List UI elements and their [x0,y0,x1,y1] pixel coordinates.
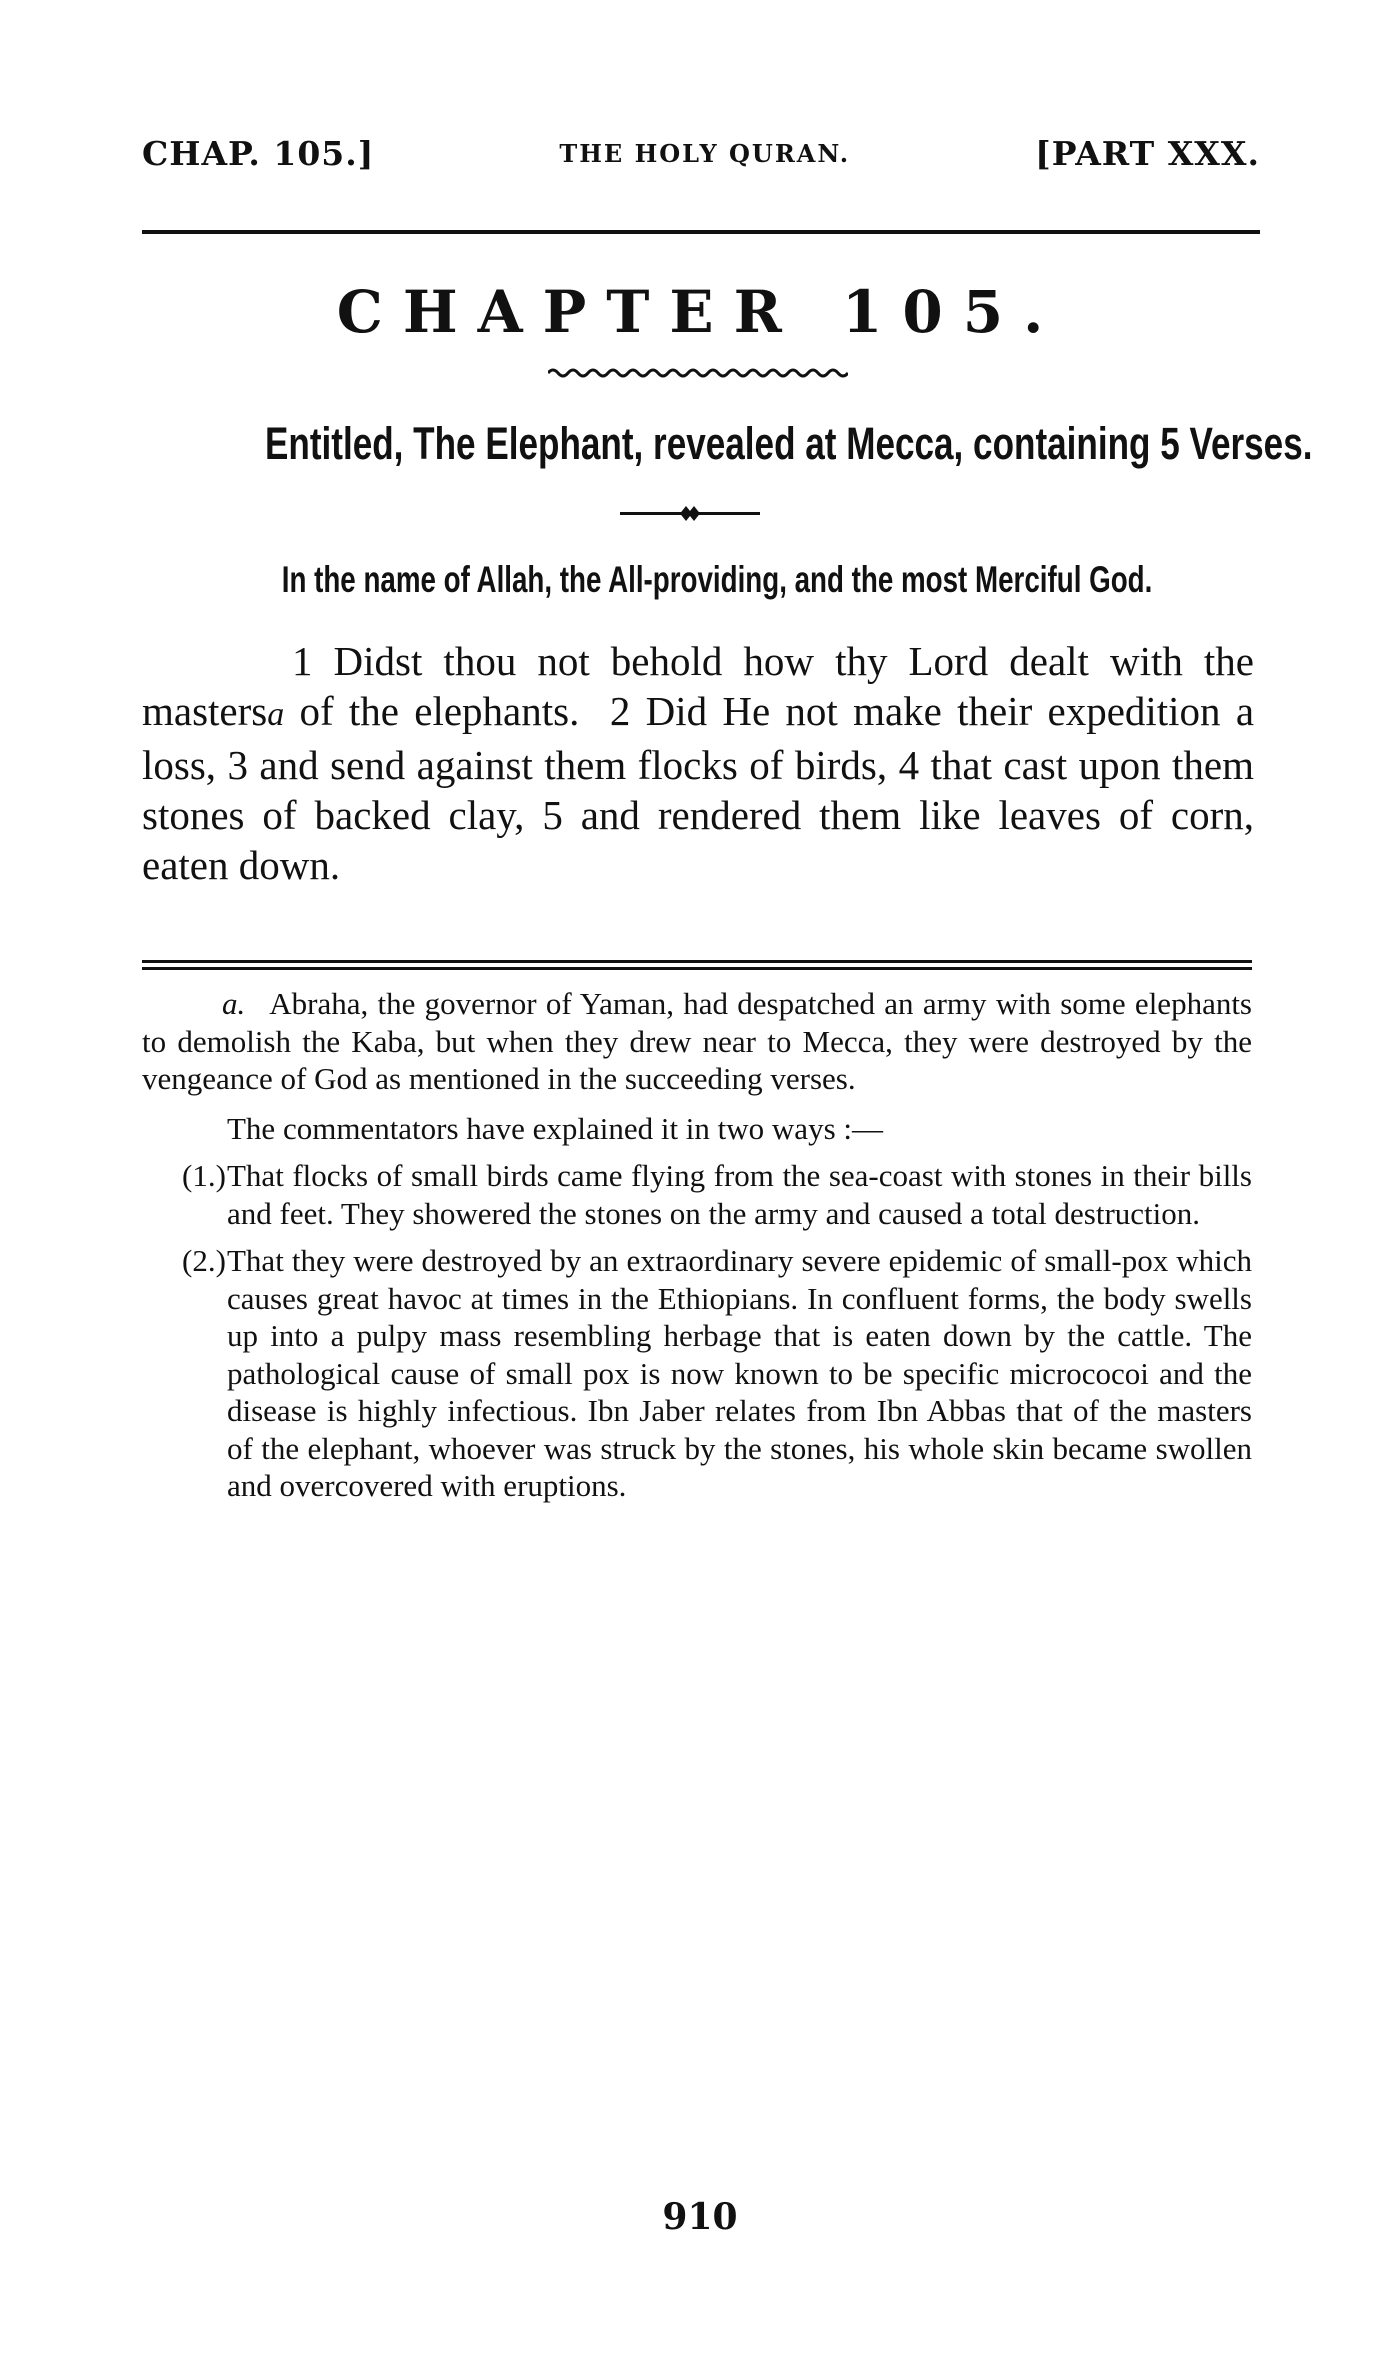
running-head-part: [PART XXX. [1035,134,1260,173]
invocation-bismillah: In the name of Allah, the All-providing,… [282,556,1121,604]
footnote-a-text: Abraha, the governor of Yaman, had despa… [142,986,1252,1096]
page-number: 910 [0,2196,1400,2238]
header-rule [142,230,1260,234]
commentary-item-1-number: (1.) [182,1157,227,1195]
commentary-item-1-text: That flocks of small birds came flying f… [227,1158,1252,1231]
commentary-intro: The commentators have explained it in tw… [142,1110,1252,1148]
verses-block: 1 Didst thou not behold how thy Lord dea… [142,636,1254,890]
commentary-item-2: (2.)That they were destroyed by an extra… [142,1242,1252,1505]
verse-3: 3 and send against them flocks of birds, [228,742,888,788]
footnote-a-mark: a. [222,986,245,1021]
verse-1-number: 1 [292,638,313,684]
footnote-a: a.Abraha, the governor of Yaman, had des… [142,985,1252,1098]
commentary-item-2-text: That they were destroyed by an extraordi… [227,1243,1252,1503]
wavy-divider-ornament [548,366,848,380]
commentary-item-1: (1.)That flocks of small birds came flyi… [142,1157,1252,1232]
footnote-ref-a[interactable]: a [267,696,284,733]
chapter-subtitle: Entitled, The Elephant, revealed at Mecc… [265,416,1137,472]
diamond-rule-ornament [620,504,760,522]
running-head-book-title: THE HOLY QURAN. [559,139,850,168]
footnote-double-rule [142,960,1252,972]
scanned-book-page: CHAP. 105.] THE HOLY QURAN. [PART XXX. C… [0,0,1400,2360]
running-head-chapter: CHAP. 105.] [142,134,374,173]
running-head: CHAP. 105.] THE HOLY QURAN. [PART XXX. [142,128,1260,178]
footnotes-block: a.Abraha, the governor of Yaman, had des… [142,985,1252,1505]
verse-1-text-end: of the elephants. [284,688,579,734]
commentary-item-2-number: (2.) [182,1242,227,1280]
chapter-title: CHAPTER 105. [0,282,1400,342]
verses-paragraph: 1 Didst thou not behold how thy Lord dea… [142,636,1254,890]
